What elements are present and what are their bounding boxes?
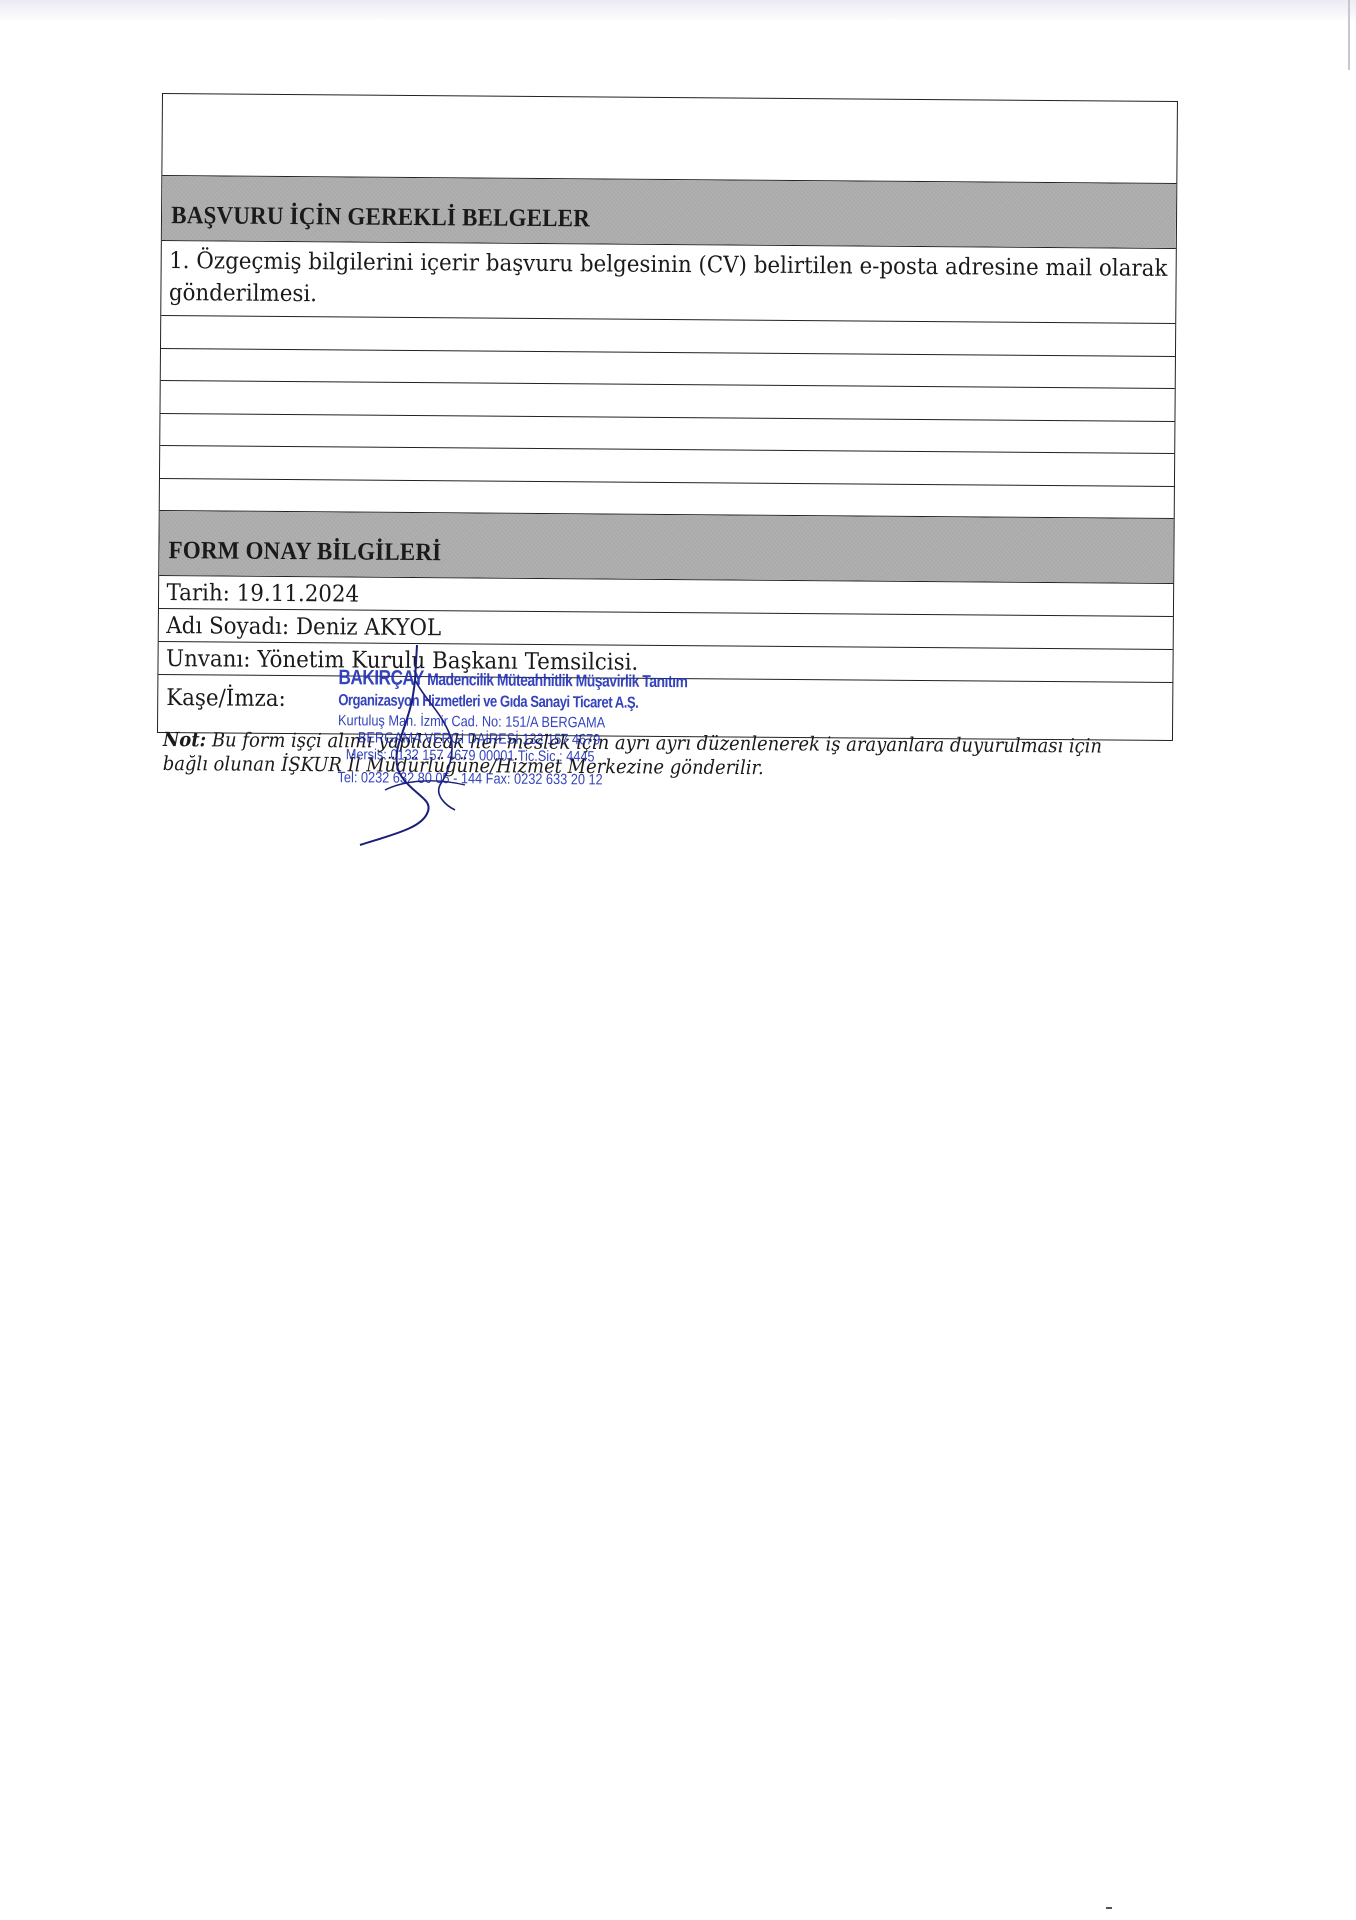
blank-row: [162, 94, 1177, 184]
stamp-company-line1: Madencilik Müteahhitlik Müşavirlik Tanıt…: [427, 670, 687, 691]
field-label: Kaşe/İmza:: [166, 685, 286, 712]
section-required-documents-header: BAŞVURU İÇİN GEREKLİ BELGELER: [162, 176, 1176, 249]
company-stamp: BAKIRÇAY Madencilik Müteahhitlik Müşavir…: [337, 666, 758, 790]
scan-edge-shadow: [0, 0, 1356, 22]
section-title: FORM ONAY BİLGİLERİ: [159, 511, 1173, 583]
field-label: Tarih:: [166, 580, 230, 606]
field-value: 19.11.2024: [237, 581, 360, 608]
section-form-approval-header: FORM ONAY BİLGİLERİ: [159, 511, 1173, 584]
form-page: BAŞVURU İÇİN GEREKLİ BELGELER 1. Özgeçmi…: [157, 93, 1178, 741]
field-label: Adı Soyadı:: [166, 613, 289, 640]
requirement-text: 1. Özgeçmiş bilgilerini içerir başvuru b…: [161, 241, 1190, 323]
field-value: Deniz AKYOL: [296, 614, 441, 641]
field-label: Unvanı:: [166, 646, 251, 673]
section-title: BAŞVURU İÇİN GEREKLİ BELGELER: [162, 176, 1176, 248]
stamp-company-line2: Organizasyon Hizmetleri ve Gıda Sanayi T…: [338, 692, 683, 713]
note-label: Not:: [163, 728, 206, 751]
form-table: BAŞVURU İÇİN GEREKLİ BELGELER 1. Özgeçmi…: [157, 93, 1178, 741]
scan-edge-line: [1348, 0, 1350, 70]
requirement-item: 1. Özgeçmiş bilgilerini içerir başvuru b…: [161, 241, 1176, 324]
stamp-mersis: Mersis: 0132 157 4679 00001 Tic.Sic.: 44…: [346, 746, 696, 766]
stamp-company-lead: BAKIRÇAY: [338, 666, 424, 690]
scan-speck: [1106, 1907, 1112, 1909]
stamp-phone-fax: Tel: 0232 632 80 05 - 144 Fax: 0232 633 …: [337, 769, 694, 789]
